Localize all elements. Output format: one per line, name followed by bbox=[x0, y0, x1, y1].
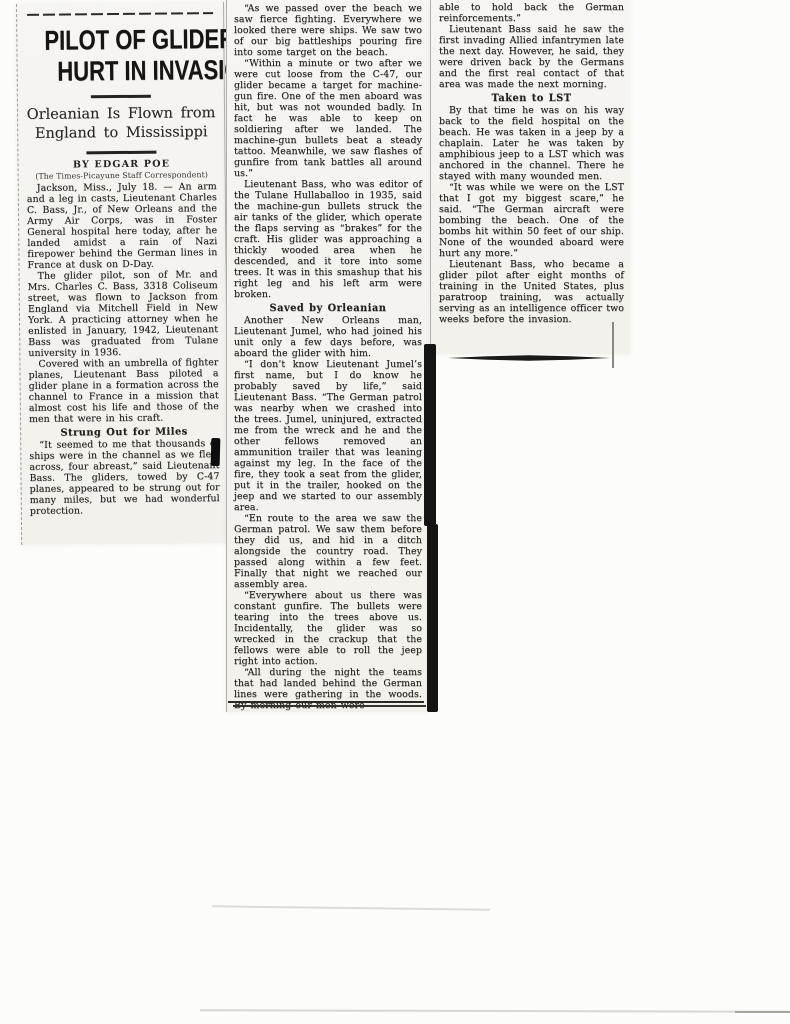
headline-line-1: PILOT OF GLIDER bbox=[44, 23, 196, 55]
article-paragraph: Lieutenant Bass, who became a glider pil… bbox=[439, 259, 624, 325]
tapered-end-rule-icon bbox=[448, 355, 610, 361]
article-column-3: able to hold back the German reinforceme… bbox=[439, 2, 624, 325]
article-paragraph: “Everywhere about us there was constant … bbox=[234, 590, 422, 667]
article-paragraph: “As we passed over the beach we saw fier… bbox=[234, 3, 422, 58]
byline-credit: (The Times-Picayune Staff Correspondent) bbox=[27, 170, 217, 181]
scanned-newspaper-page: { "colors":{"page":"#fcfcfa","paper":"#f… bbox=[0, 0, 790, 1024]
article-column-2: “As we passed over the beach we saw fier… bbox=[234, 3, 422, 711]
article-paragraph: Another New Orleans man, Lieutenant Jume… bbox=[234, 315, 422, 359]
subhead-line-1: Orleanian Is Flown from bbox=[27, 105, 216, 123]
article-paragraph: “I don’t know Lieutenant Jumel’s first n… bbox=[234, 359, 422, 513]
article-paragraph: Lieutenant Bass said he saw the first in… bbox=[439, 24, 624, 90]
article-paragraph: able to hold back the German reinforceme… bbox=[439, 2, 624, 24]
article-subhead: Orleanian Is Flown from England to Missi… bbox=[26, 104, 216, 144]
faint-scan-crease-upper bbox=[212, 905, 490, 910]
article-paragraph: The glider pilot, son of Mr. and Mrs. Ch… bbox=[28, 269, 219, 359]
ink-blob-artifact bbox=[211, 438, 221, 466]
article-paragraph: Jackson, Miss., July 18. — An arm and a … bbox=[27, 181, 218, 271]
tapered-end-rule bbox=[448, 346, 610, 365]
clipping-top-dashed-rule bbox=[27, 12, 213, 16]
article-paragraph: Lieutenant Bass, who was editor of the T… bbox=[234, 179, 422, 300]
article-paragraph: “En route to the area we saw the German … bbox=[234, 513, 422, 590]
scan-edge-bar-lower bbox=[427, 524, 438, 712]
column-rule-fragment bbox=[612, 322, 614, 368]
article-headline: PILOT OF GLIDER HURT IN INVASION bbox=[25, 23, 216, 87]
headline-line-2: HURT IN INVASION bbox=[57, 54, 198, 86]
newspaper-clipping-left-column: PILOT OF GLIDER HURT IN INVASION Orleani… bbox=[16, 2, 229, 545]
headline-separator-rule bbox=[91, 95, 151, 99]
scan-edge-bar-upper bbox=[424, 344, 436, 526]
crosshead: Saved by Orleanian bbox=[234, 303, 422, 314]
article-column-1: Jackson, Miss., July 18. — An arm and a … bbox=[27, 181, 220, 517]
newspaper-clipping-right-column: able to hold back the German reinforceme… bbox=[430, 0, 630, 354]
column-end-rule-upper bbox=[228, 701, 424, 703]
crosshead: Strung Out for Miles bbox=[29, 426, 219, 439]
article-paragraph: Covered with an umbrella of fighter plan… bbox=[28, 357, 219, 425]
newspaper-clipping-middle-column: “As we passed over the beach we saw fier… bbox=[226, 0, 428, 712]
faint-scan-crease-dark-segment bbox=[735, 1011, 790, 1013]
article-paragraph: “Within a minute or two after we were cu… bbox=[234, 58, 422, 179]
crosshead: Taken to LST bbox=[439, 93, 624, 104]
byline: BY EDGAR POE bbox=[26, 158, 216, 171]
subhead-separator-rule bbox=[86, 151, 156, 155]
column-end-rule-lower bbox=[233, 705, 426, 707]
article-paragraph: “It seemed to me that thousands of ships… bbox=[29, 438, 220, 517]
article-paragraph: By that time he was on his way back to t… bbox=[439, 105, 624, 182]
subhead-line-2: England to Mississippi bbox=[35, 124, 208, 142]
faint-scan-crease-lower bbox=[200, 1009, 790, 1012]
article-paragraph: “It was while we were on the LST that I … bbox=[439, 182, 624, 259]
